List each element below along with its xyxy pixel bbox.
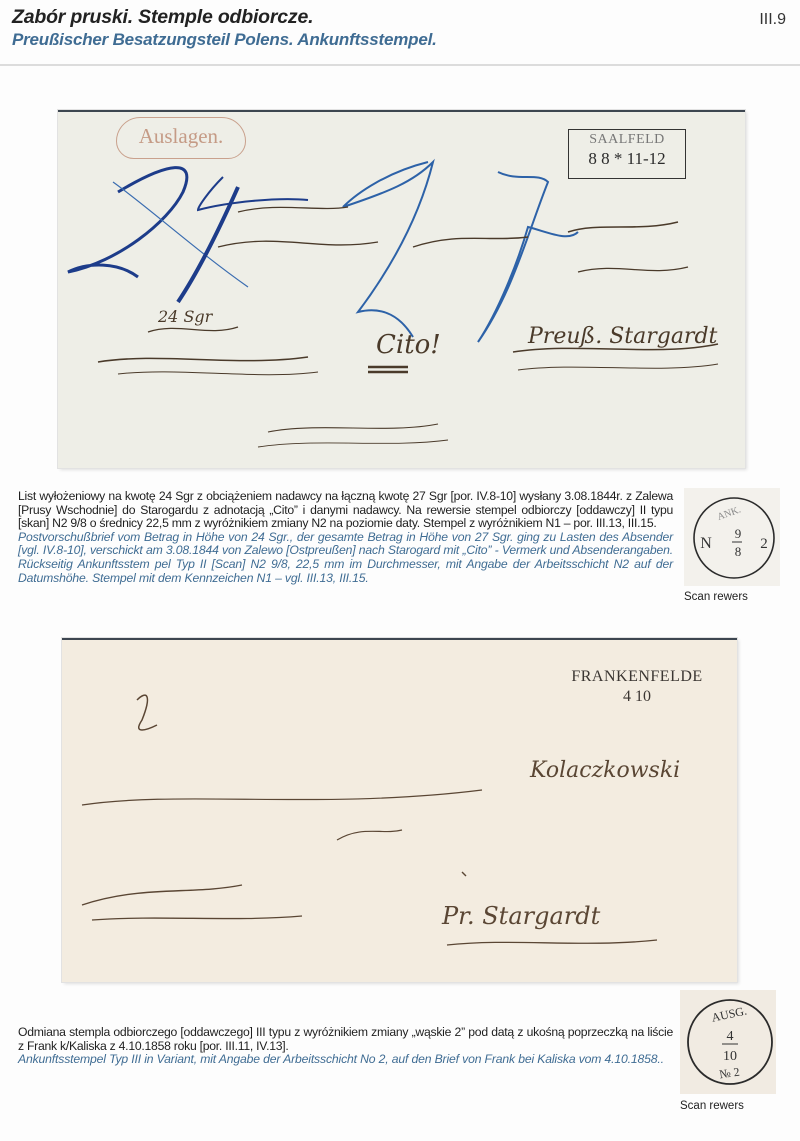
cito-annotation: Cito! [376, 330, 441, 360]
svg-text:AUSG.: AUSG. [710, 1004, 748, 1025]
auslagen-cachet: Auslagen. [116, 117, 246, 159]
svg-text:№ 2: № 2 [718, 1065, 740, 1082]
svg-text:10: 10 [723, 1049, 737, 1064]
caption-german: Postvorschußbrief vom Betrag in Höhe von… [18, 531, 673, 585]
svg-text:ANK.: ANK. [716, 504, 742, 523]
addressee-annotation: Kolaczkowski [530, 758, 680, 783]
page-header: Zabór pruski. Stemple odbiorcze. Preußis… [0, 0, 800, 66]
svg-text:2: 2 [760, 536, 768, 552]
svg-text:9: 9 [735, 526, 742, 541]
page-subtitle: Preußischer Besatzungsteil Polens. Ankun… [12, 30, 437, 50]
reverse-scan-1: ANK. N 9 8 2 [684, 488, 780, 586]
saalfeld-postmark: SAALFELD 8 8 * 11-12 [568, 129, 686, 179]
postmark-date: 4 10 [552, 688, 722, 706]
svg-text:4: 4 [727, 1029, 734, 1044]
reverse-scan-2: AUSG. 4 10 № 2 [680, 990, 776, 1094]
postmark-town: SAALFELD [569, 132, 685, 148]
caption-2: Odmiana stempla odbiorczego [oddawczego]… [18, 1026, 673, 1067]
svg-text:8: 8 [735, 544, 742, 559]
caption-german: Ankunftsstempel Typ III in Variant, mit … [18, 1053, 673, 1067]
frankenfelde-postmark: FRANKENFELDE 4 10 [552, 668, 722, 706]
destination-annotation: Preuß. Stargardt [528, 324, 717, 349]
destination-annotation: Pr. Stargardt [442, 902, 600, 930]
postmark-town: FRANKENFELDE [552, 668, 722, 686]
scan-label: Scan rewers [684, 591, 748, 603]
receiving-postmark-circle: ANK. N 9 8 2 [684, 488, 780, 586]
page-number: III.9 [759, 11, 786, 29]
cover-image-1844: Auslagen. SAALFELD 8 8 * 11-12 Cito! Pre… [58, 110, 745, 468]
caption-polish: List wyłożeniowy na kwotę 24 Sgr z obcią… [18, 490, 673, 531]
caption-polish: Odmiana stempla odbiorczego [oddawczego]… [18, 1026, 673, 1053]
caption-1: List wyłożeniowy na kwotę 24 Sgr z obcią… [18, 490, 673, 585]
postmark-date: 8 8 * 11-12 [569, 149, 685, 169]
amount-annotation: 24 Sgr [158, 307, 212, 326]
cover-image-1858: FRANKENFELDE 4 10 Kolaczkowski Pr. Starg… [62, 638, 737, 982]
page-title: Zabór pruski. Stemple odbiorcze. [12, 6, 313, 29]
scan-label: Scan rewers [680, 1100, 744, 1112]
svg-text:N: N [700, 535, 712, 552]
receiving-postmark-circle: AUSG. 4 10 № 2 [680, 990, 776, 1094]
header-divider [0, 64, 800, 66]
